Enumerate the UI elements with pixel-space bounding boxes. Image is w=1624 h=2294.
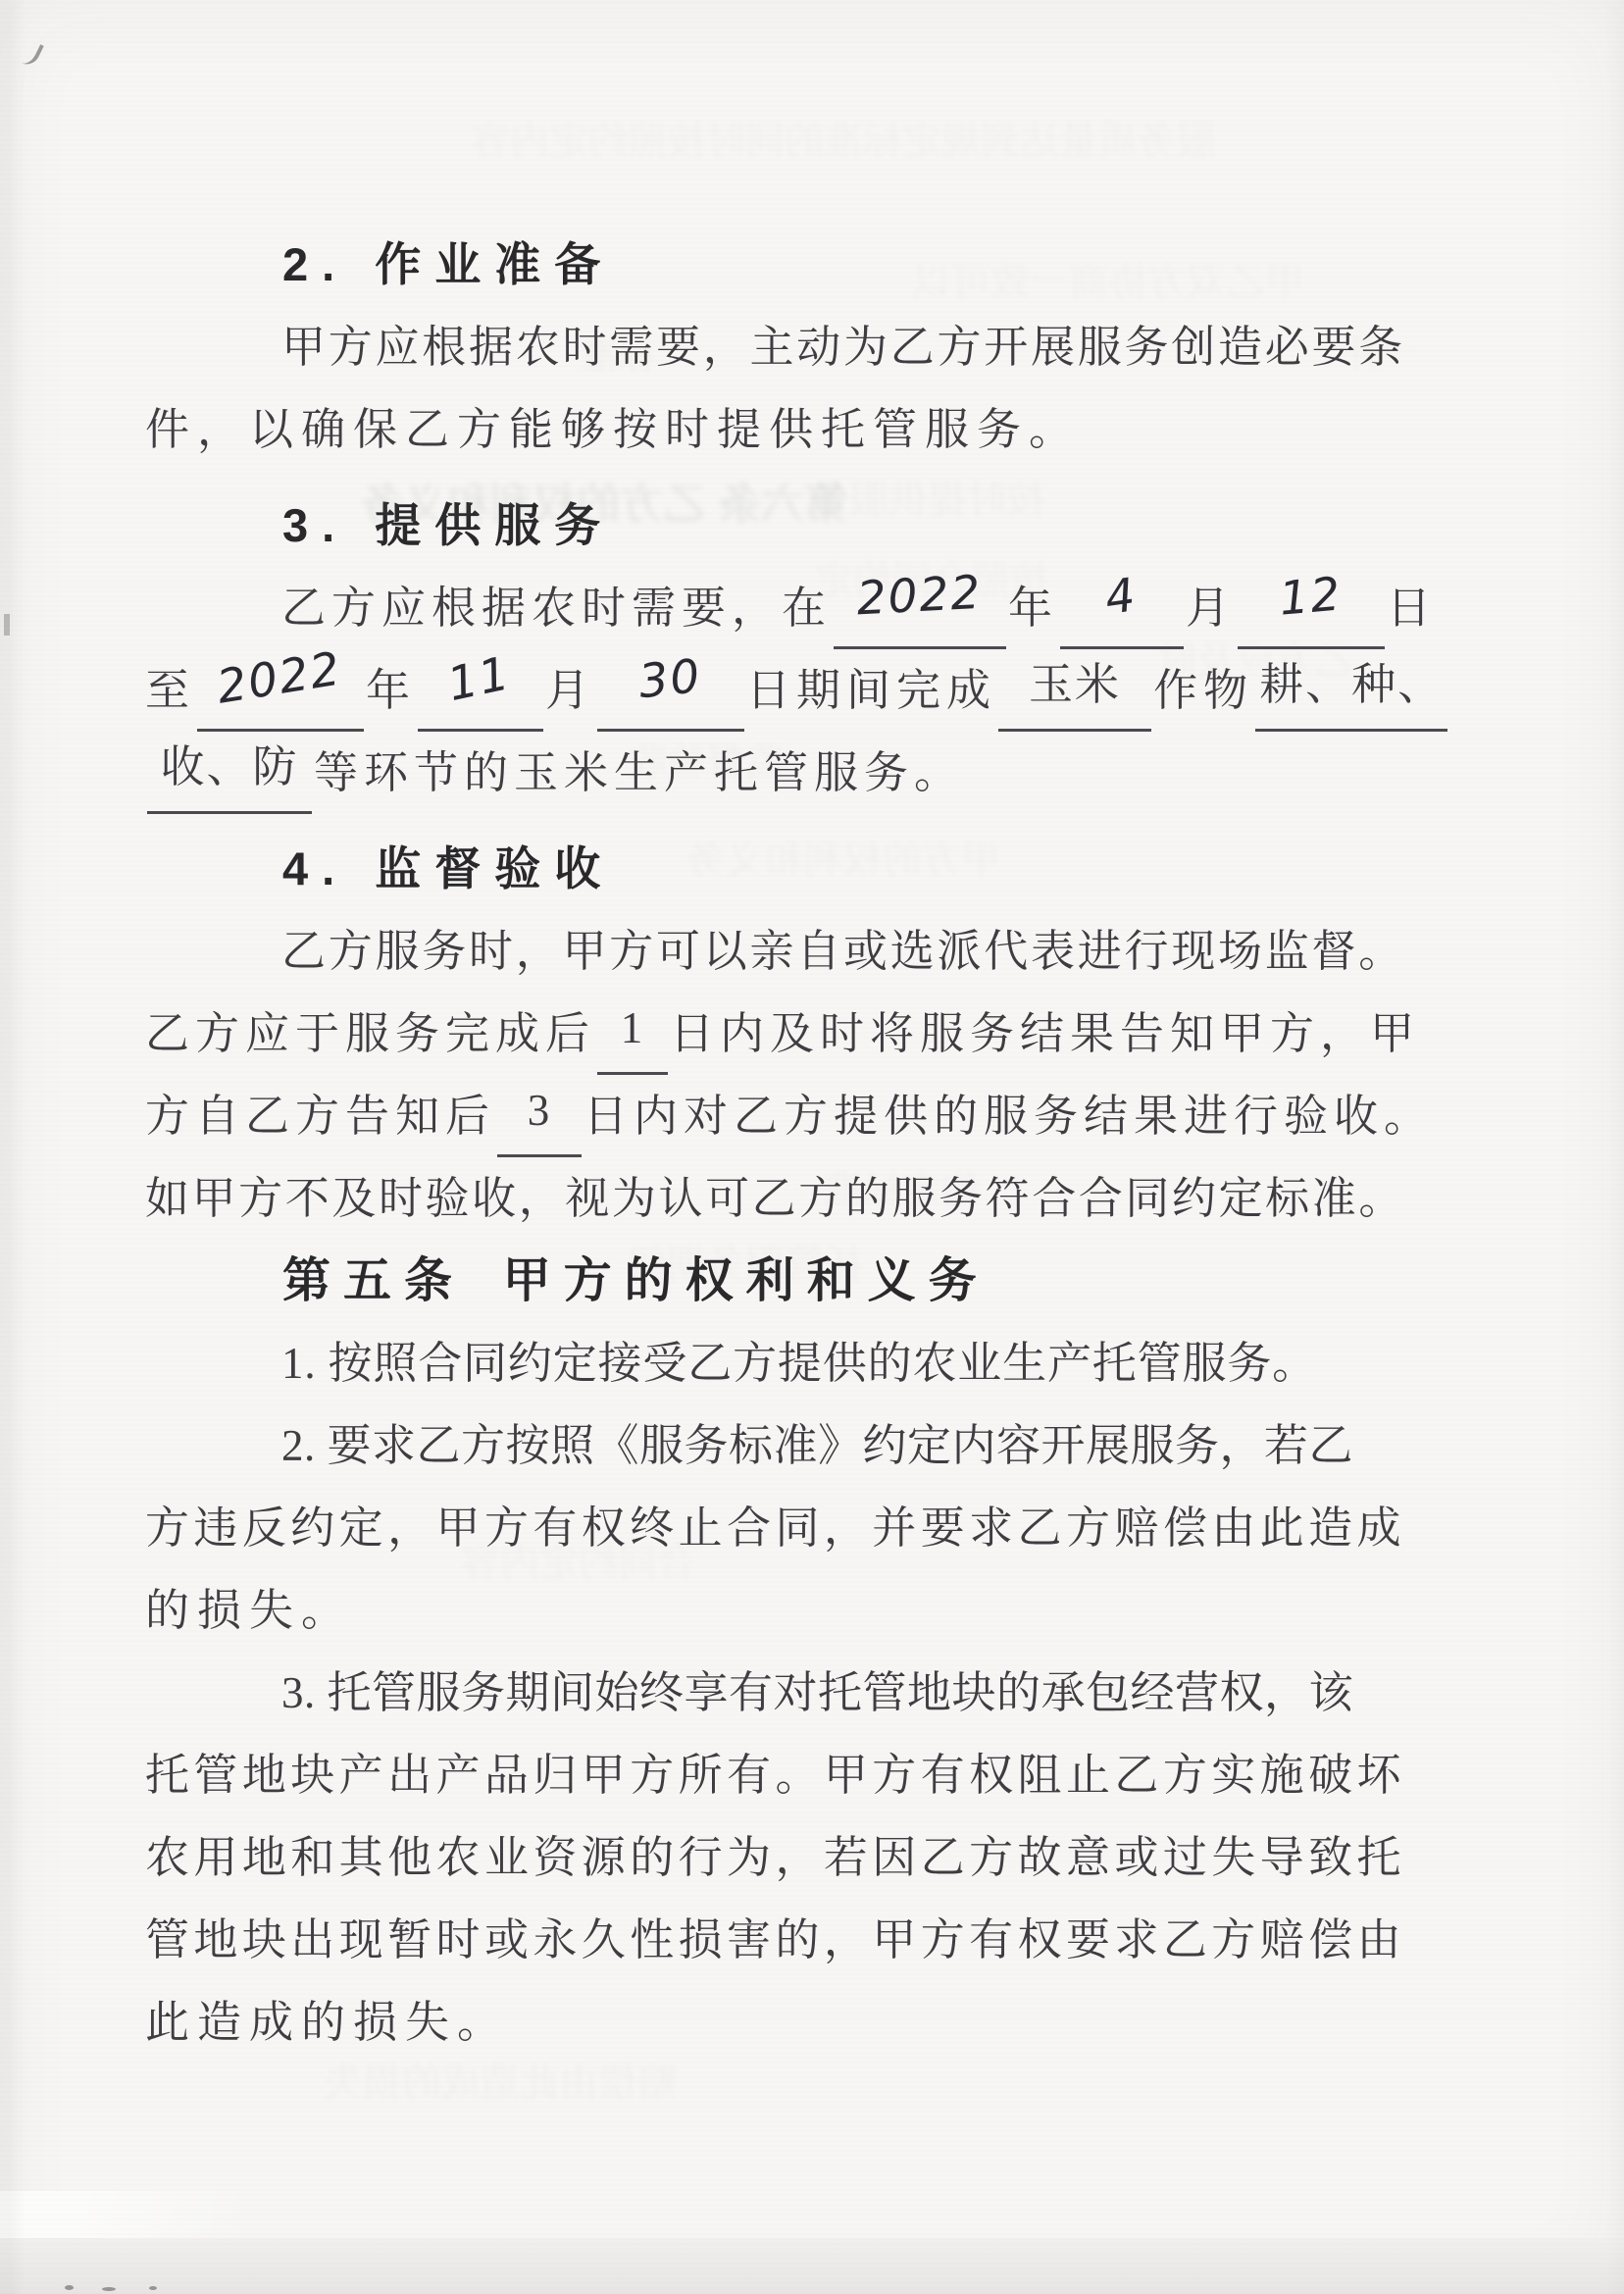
line-text: 等环节的玉米生产托管服务。 bbox=[314, 748, 964, 797]
heading-text: 3. 提供服务 bbox=[282, 499, 614, 551]
text-line: 1. 按照合同约定接受乙方提供的农业生产托管服务。 bbox=[145, 1322, 1596, 1404]
form-blank: 2022 bbox=[834, 570, 1006, 649]
line-text: 农用地和其他农业资源的行为，若因乙方故意或过失导致托 bbox=[145, 1833, 1405, 1882]
text-line: 农用地和其他农业资源的行为，若因乙方故意或过失导致托 bbox=[145, 1816, 1459, 1899]
text-line: 3. 托管服务期间始终享有对托管地块的承包经营权，该 bbox=[145, 1652, 1596, 1734]
handwritten-value: 2022 bbox=[213, 637, 346, 720]
form-blank: 12 bbox=[1238, 570, 1385, 649]
text-line: 管地块出现暂时或永久性损害的，甲方有权要求乙方赔偿由 bbox=[145, 1899, 1459, 1981]
section-heading: 4. 监督验收 bbox=[145, 828, 1597, 910]
text-line: 收、防等环节的玉米生产托管服务。 bbox=[145, 732, 1459, 814]
text-line: 托管地块产出产品归甲方所有。甲方有权阻止乙方实施破坏 bbox=[145, 1734, 1459, 1816]
scan-edge-mark bbox=[4, 614, 10, 636]
line-text: 月 bbox=[1186, 584, 1236, 633]
text-line: 的损失。 bbox=[145, 1569, 1459, 1652]
printed-fill: 3 bbox=[528, 1086, 552, 1135]
line-text: 乙方应根据农时需要，在 bbox=[281, 584, 832, 633]
line-text: 的损失。 bbox=[145, 1586, 353, 1635]
text-line: 乙方应根据农时需要，在2022年4月12日 bbox=[145, 567, 1596, 649]
line-text: 甲方应根据农时需要，主动为乙方开展服务创造必要条 bbox=[281, 323, 1405, 372]
line-text: 2. 要求乙方按照《服务标准》约定内容开展服务，若乙 bbox=[281, 1421, 1353, 1470]
line-text: 乙方应于服务完成后 bbox=[145, 1009, 595, 1058]
line-text: 方违反约定，甲方有权终止合同，并要求乙方赔偿由此造成 bbox=[145, 1504, 1405, 1553]
handwritten-value: 4 bbox=[1101, 563, 1142, 632]
line-text: 托管地块产出产品归甲方所有。甲方有权阻止乙方实施破坏 bbox=[145, 1751, 1405, 1800]
printed-fill: 收、防 bbox=[160, 742, 298, 791]
line-text: 日期间完成 bbox=[746, 666, 996, 715]
handwritten-value: 2022 bbox=[855, 561, 984, 633]
text-line: 件，以确保乙方能够按时提供托管服务。 bbox=[145, 388, 1459, 471]
heading-text: 4. 监督验收 bbox=[282, 842, 614, 894]
printed-fill: 1 bbox=[621, 1003, 645, 1052]
line-text: 3. 托管服务期间始终享有对托管地块的承包经营权，该 bbox=[281, 1668, 1353, 1717]
printed-fill: 玉米 bbox=[1029, 660, 1121, 709]
form-blank: 玉米 bbox=[998, 652, 1151, 732]
line-text: 1. 按照合同约定接受乙方提供的农业生产托管服务。 bbox=[281, 1339, 1317, 1388]
form-blank: 3 bbox=[497, 1078, 582, 1157]
line-text: 日内及时将服务结果告知甲方，甲 bbox=[670, 1009, 1420, 1058]
line-text: 作物 bbox=[1153, 666, 1253, 715]
scanned-contract-page: 2. 作业准备甲方应根据农时需要，主动为乙方开展服务创造必要条件，以确保乙方能够… bbox=[0, 0, 1624, 2294]
scan-speck bbox=[102, 2287, 116, 2291]
line-text: 年 bbox=[366, 666, 416, 715]
section-heading: 2. 作业准备 bbox=[145, 224, 1597, 306]
form-blank: 2022 bbox=[197, 652, 364, 732]
text-line: 至2022年11月30日期间完成玉米作物耕、种、 bbox=[145, 649, 1459, 732]
text-line: 方违反约定，甲方有权终止合同，并要求乙方赔偿由此造成 bbox=[145, 1487, 1459, 1569]
heading-text: 2. 作业准备 bbox=[282, 238, 614, 290]
scan-light-wedge bbox=[0, 2191, 314, 2242]
form-blank: 4 bbox=[1060, 570, 1184, 649]
line-text: 件，以确保乙方能够按时提供托管服务。 bbox=[145, 405, 1081, 454]
scan-speck bbox=[149, 2286, 157, 2290]
form-blank: 30 bbox=[597, 652, 744, 732]
scan-bottom-band bbox=[0, 2238, 1624, 2294]
text-line: 甲方应根据农时需要，主动为乙方开展服务创造必要条 bbox=[145, 306, 1596, 388]
printed-fill: 耕、种、 bbox=[1259, 660, 1444, 709]
form-blank: 耕、种、 bbox=[1255, 652, 1447, 732]
form-blank: 收、防 bbox=[147, 735, 312, 814]
text-line: 乙方服务时，甲方可以亲自或选派代表进行现场监督。 bbox=[145, 910, 1596, 993]
line-text: 此造成的损失。 bbox=[145, 1998, 509, 2047]
line-text: 日 bbox=[1387, 584, 1437, 633]
heading-text: 第五条 甲方的权利和义务 bbox=[282, 1254, 990, 1307]
line-text: 管地块出现暂时或永久性损害的，甲方有权要求乙方赔偿由 bbox=[145, 1915, 1405, 1964]
text-line: 方自乙方告知后3日内对乙方提供的服务结果进行验收。 bbox=[145, 1075, 1459, 1157]
handwritten-value: 11 bbox=[442, 641, 517, 718]
line-text: 方自乙方告知后 bbox=[145, 1092, 495, 1141]
document-body: 2. 作业准备甲方应根据农时需要，主动为乙方开展服务创造必要条件，以确保乙方能够… bbox=[0, 0, 1624, 2294]
section-heading: 第五条 甲方的权利和义务 bbox=[145, 1240, 1597, 1322]
text-line: 如甲方不及时验收，视为认可乙方的服务符合合同约定标准。 bbox=[145, 1157, 1459, 1240]
line-text: 如甲方不及时验收，视为认可乙方的服务符合合同约定标准。 bbox=[145, 1174, 1405, 1223]
line-text: 乙方服务时，甲方可以亲自或选派代表进行现场监督。 bbox=[281, 927, 1405, 976]
handwritten-value: 12 bbox=[1277, 562, 1345, 632]
line-text: 年 bbox=[1008, 584, 1058, 633]
line-text: 月 bbox=[545, 666, 595, 715]
form-blank: 1 bbox=[597, 995, 668, 1075]
section-heading: 3. 提供服务 bbox=[145, 484, 1597, 567]
form-blank: 11 bbox=[418, 652, 543, 732]
text-line: 乙方应于服务完成后1日内及时将服务结果告知甲方，甲 bbox=[145, 993, 1459, 1075]
text-line: 2. 要求乙方按照《服务标准》约定内容开展服务，若乙 bbox=[145, 1404, 1596, 1487]
text-line: 此造成的损失。 bbox=[145, 1981, 1459, 2064]
line-text: 日内对乙方提供的服务结果进行验收。 bbox=[584, 1092, 1434, 1141]
handwritten-value: 30 bbox=[635, 644, 704, 715]
scan-speck bbox=[65, 2285, 74, 2290]
line-text: 至 bbox=[145, 666, 195, 715]
